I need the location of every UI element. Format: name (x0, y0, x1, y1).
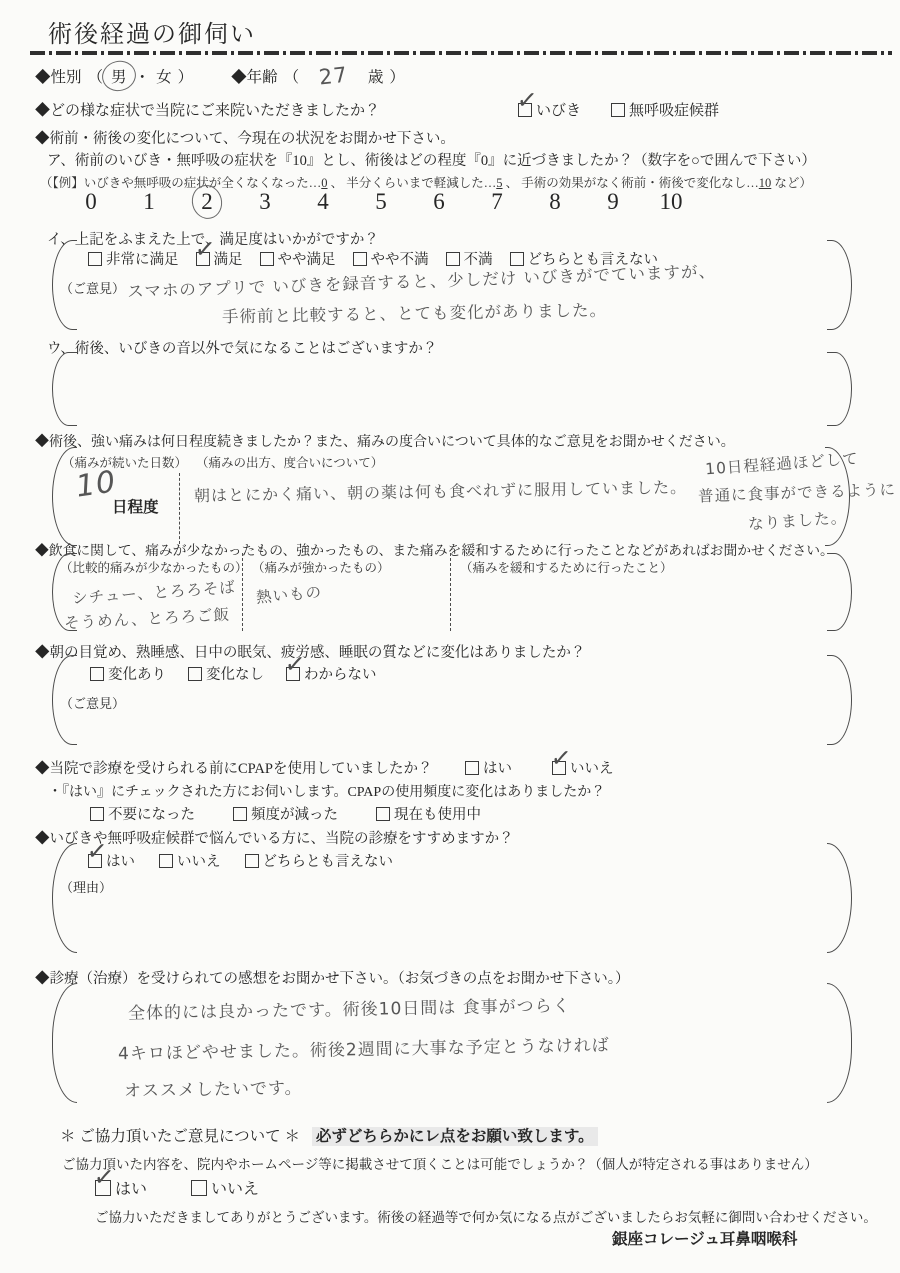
checkbox-somewhat-satisfied[interactable] (260, 252, 274, 266)
cpap-options: はい いいえ (465, 757, 614, 778)
gender-paren-close: ） (178, 65, 194, 87)
checkbox-label: 頻度が減った (251, 803, 338, 824)
checkbox-change-no[interactable] (188, 667, 202, 681)
example-text: （【例】いびきや無呼吸の症状が全くなくなった… (40, 176, 321, 190)
scale-10[interactable]: 10 (660, 189, 683, 215)
checkbox-label: はい (483, 757, 512, 778)
scale-3[interactable]: 3 (259, 189, 271, 215)
checkbox-somewhat-dissatisfied[interactable] (353, 252, 367, 266)
scale-4[interactable]: 4 (317, 189, 329, 215)
food-col3-label: （痛みを緩和するために行ったこと） (460, 558, 673, 576)
gender-separator: ・ (135, 65, 151, 87)
food-col2-label: （痛みが強かったもの） (252, 558, 390, 576)
bracket-right (827, 553, 852, 631)
gender-option-female[interactable]: 女 (156, 65, 172, 87)
column-divider (179, 473, 180, 544)
checkbox-label: どちらとも言えない (263, 850, 394, 871)
publish-options: はい いいえ (95, 1176, 259, 1199)
symptom-option-apnea: 無呼吸症候群 (611, 99, 719, 120)
checkbox-less-frequent[interactable] (233, 807, 247, 821)
pain-days-unit: 日程度 (112, 495, 159, 517)
gender-option-male[interactable]: 男 (111, 65, 127, 87)
clinic-name: 銀座コレージュ耳鼻咽喉科 (612, 1227, 797, 1249)
checkbox-label: はい (115, 1176, 147, 1199)
checkbox-label: いびき (536, 99, 581, 120)
symptom-option-snoring: いびき (518, 99, 581, 120)
checkbox-label: 非常に満足 (106, 248, 179, 269)
dash-dot-divider (30, 51, 892, 55)
change-sub-a: ア、術前のいびき・無呼吸の症状を『10』とし、術後はどの程度『0』に近づきました… (47, 149, 816, 170)
bracket-right (827, 983, 852, 1103)
scale-9[interactable]: 9 (607, 189, 619, 215)
age-value-handwritten: 27 (318, 63, 349, 90)
symptom-options: いびき 無呼吸症候群 (518, 99, 719, 120)
checkbox-apnea[interactable] (611, 103, 625, 117)
scale-0[interactable]: 0 (85, 189, 97, 215)
bracket-left (52, 843, 77, 953)
impression-line3-handwritten: オススメしたいです。 (124, 1073, 303, 1101)
checkbox-label: 現在も使用中 (394, 803, 481, 824)
checkbox-label: わからない (304, 663, 377, 684)
age-label: ◆年齢 (231, 65, 278, 87)
pain-note-handwritten: 朝はとにかく痛い、朝の薬は何も食べれずに服用していました。 (194, 475, 687, 507)
example-text: 、 手術の効果がなく術前・術後で変化なし… (503, 176, 759, 190)
sleep-options: 変化あり 変化なし わからない (90, 663, 377, 684)
checkbox-satisfied[interactable] (196, 252, 210, 266)
scale-8[interactable]: 8 (549, 189, 561, 215)
reason-label: （理由） (60, 877, 112, 896)
checkbox-label: 変化あり (108, 663, 166, 684)
comment-label: （ご意見） (60, 693, 125, 712)
checkbox-label: 不要になった (108, 803, 195, 824)
scale-5[interactable]: 5 (375, 189, 387, 215)
bracket-right (827, 352, 852, 426)
checkbox-publish-yes[interactable] (95, 1180, 111, 1196)
gender-paren-open: （ (88, 65, 104, 87)
impression-answer-box: 全体的には良かったです。術後10日間は 食事がつらく 4キロほどやせました。術後… (52, 983, 852, 1103)
food-col1-label: （比較的痛みが少なかったもの） (60, 558, 248, 576)
column-divider (450, 553, 451, 631)
pain-desc-label: （痛みの出方、度合いについて） (196, 453, 383, 471)
example-ten: 10 (759, 176, 772, 190)
checkbox-label: 変化なし (206, 663, 264, 684)
satisfaction-answer-box: 非常に満足 満足 やや満足 やや不満 不満 どちらとも言えない （ご意見） スマ… (52, 240, 852, 330)
checkbox-snoring[interactable] (518, 103, 532, 117)
checkbox-still-using[interactable] (376, 807, 390, 821)
example-text: など） (771, 176, 812, 190)
footer-note-bold: 必ずどちらかにレ点をお願い致します。 (312, 1127, 598, 1146)
comment-label: （ご意見） (60, 278, 125, 297)
publish-question: ご協力頂いた内容を、院内やホームページ等に掲載させて頂くことは可能でしょうか？（… (62, 1153, 818, 1173)
age-unit: 歳 (368, 65, 384, 87)
footer-note-prefix: ＊ ご協力頂いたご意見について ＊ (60, 1128, 300, 1145)
bracket-right (827, 240, 852, 330)
page-title: 術後経過の御伺い (48, 14, 256, 49)
checkbox-label: いいえ (211, 1176, 259, 1199)
checkbox-recommend-yes[interactable] (88, 854, 102, 868)
gender-label: ◆性別 (35, 65, 82, 87)
cpap-question: ◆当院で診療を受けられる前にCPAPを使用していましたか？ (35, 757, 432, 778)
scale-2[interactable]: 2 (201, 189, 213, 215)
example-text: 、 半分くらいまで軽減した… (328, 176, 497, 190)
footer-note: ＊ ご協力頂いたご意見について ＊ 必ずどちらかにレ点をお願い致します。 (60, 1124, 598, 1146)
checkbox-label: いいえ (177, 850, 221, 871)
questionnaire-scan: 術後経過の御伺い ◆性別 （ 男 ・ 女 ） ◆年齢 （ 27 歳 ） ◆どの様… (0, 0, 900, 1273)
scale-1[interactable]: 1 (143, 189, 155, 215)
symptom-question: ◆どの様な症状で当院にご来院いただきましたか？ (35, 99, 380, 120)
recommend-options: はい いいえ どちらとも言えない (88, 850, 393, 871)
satisfaction-comment-line2: 手術前と比較すると、とても変化がありました。 (222, 297, 607, 328)
checkbox-dissatisfied[interactable] (446, 252, 460, 266)
food-answer-box: （比較的痛みが少なかったもの） （痛みが強かったもの） （痛みを緩和するために行… (52, 553, 852, 631)
checkbox-publish-no[interactable] (191, 1180, 207, 1196)
bracket-left (52, 352, 77, 426)
bracket-right (827, 655, 852, 745)
checkbox-recommend-neither[interactable] (245, 854, 259, 868)
sleep-answer-box: 変化あり 変化なし わからない （ご意見） (52, 655, 852, 745)
age-paren-open: （ (284, 65, 300, 87)
checkbox-no-longer-needed[interactable] (90, 807, 104, 821)
other-concerns-answer-box (52, 352, 852, 426)
scale-6[interactable]: 6 (433, 189, 445, 215)
thanks-note: ご協力いただきましてありがとうございます。術後の経過等で何か気になる点がございま… (95, 1206, 877, 1226)
checkbox-label: いいえ (570, 757, 614, 778)
food-col2-line1-handwritten: 熱いもの (255, 580, 323, 608)
demographics-row: ◆性別 （ 男 ・ 女 ） ◆年齢 （ 27 歳 ） (35, 64, 405, 88)
checkbox-change-yes[interactable] (90, 667, 104, 681)
bracket-left (52, 983, 77, 1103)
checkbox-recommend-no[interactable] (159, 854, 173, 868)
checkbox-cpap-yes[interactable] (465, 761, 479, 775)
rating-scale: 0 1 2 3 4 5 6 7 8 9 10 (62, 189, 700, 215)
checkbox-change-unknown[interactable] (286, 667, 300, 681)
checkbox-label: 無呼吸症候群 (629, 99, 719, 120)
checkbox-cpap-no[interactable] (552, 761, 566, 775)
impression-line1-handwritten: 全体的には良かったです。術後10日間は 食事がつらく (128, 991, 571, 1024)
checkbox-neither[interactable] (510, 252, 524, 266)
cpap-followup-question: ・『はい』にチェックされた方にお伺いします。CPAPの使用頻度に変化はありました… (48, 781, 605, 801)
cpap-followup-options: 不要になった 頻度が減った 現在も使用中 (90, 803, 481, 824)
recommend-answer-box: はい いいえ どちらとも言えない （理由） (52, 843, 852, 953)
scale-7[interactable]: 7 (491, 189, 503, 215)
checkbox-very-satisfied[interactable] (88, 252, 102, 266)
checkbox-label: 満足 (214, 248, 243, 269)
checkbox-label: やや満足 (278, 248, 336, 269)
checkbox-label: はい (106, 850, 135, 871)
bracket-right (827, 843, 852, 953)
age-paren-close: ） (389, 65, 405, 87)
checkbox-label: やや不満 (371, 248, 429, 269)
change-question: ◆術前・術後の変化について、今現在の状況をお聞かせ下さい。 (35, 127, 455, 148)
impression-line2-handwritten: 4キロほどやせました。術後2週間に大事な予定とうなければ (118, 1031, 610, 1065)
